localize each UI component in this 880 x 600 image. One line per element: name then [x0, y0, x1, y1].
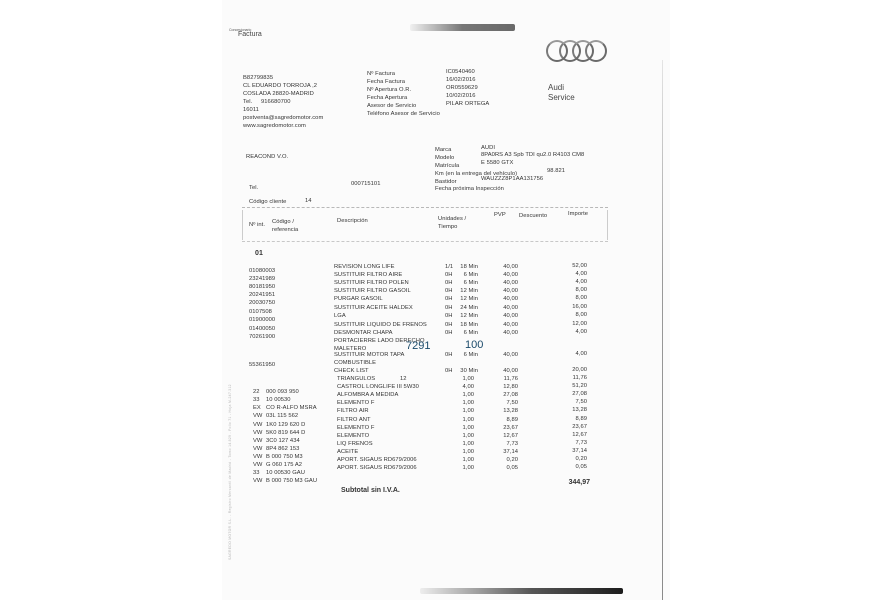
item-description: CHECK LIST	[334, 367, 369, 375]
item-amount: 4,00	[565, 350, 587, 358]
item-description: LGA	[334, 312, 346, 320]
item-price: 0,05	[498, 464, 518, 472]
item-description: SUSTITUIR ACEITE HALDEX	[334, 304, 413, 312]
item-quantity: 6 Min	[456, 271, 478, 279]
table-row: 55361950SUSTITUIR MOTOR TAPA0H6 Min40,00…	[0, 351, 880, 359]
item-amount: 12,67	[565, 431, 587, 439]
item-unit: 0H	[445, 367, 453, 375]
item-price: 40,00	[498, 312, 518, 320]
item-price: 40,00	[498, 367, 518, 375]
item-quantity: 6 Min	[456, 279, 478, 287]
brand-line1: Audi	[548, 83, 575, 93]
vehicle-value: WAUZZZ8P1AA131756	[481, 175, 543, 183]
item-price: 37,14	[498, 448, 518, 456]
item-unit: 0H	[445, 287, 453, 295]
item-quantity: 12 Min	[456, 312, 478, 320]
item-price: 40,00	[498, 329, 518, 337]
item-description: SUSTITUIR MOTOR TAPA	[334, 351, 404, 359]
col-header-amount: Importe	[568, 210, 588, 218]
item-price: 40,00	[498, 321, 518, 329]
item-unit: 0H	[445, 295, 453, 303]
item-amount: 4,00	[565, 278, 587, 286]
item-amount: 4,00	[565, 328, 587, 336]
item-price: 11,76	[498, 375, 518, 383]
table-row: 70261900DESMONTAR CHAPA0H6 Min40,004,00	[0, 329, 880, 337]
item-quantity: 1,00	[460, 416, 474, 424]
table-row: 22000 093 950CASTROL LONGLIFE III 5W304,…	[0, 383, 880, 391]
item-code: B 000 750 M3 GAU	[266, 477, 317, 485]
item-price: 40,00	[498, 271, 518, 279]
item-price: 7,50	[498, 399, 518, 407]
item-amount: 4,00	[565, 270, 587, 278]
item-quantity: 18 Min	[456, 321, 478, 329]
table-row: 3310 00530ALFOMBRA A MEDIDA1,0027,0827,0…	[0, 391, 880, 399]
item-description: SUSTITUIR FILTRO GASOIL	[334, 287, 411, 295]
item-description: FILTRO ANT	[337, 416, 371, 424]
item-description: ELEMENTO	[337, 432, 369, 440]
item-amount: 0,20	[565, 455, 587, 463]
item-quantity: 18 Min	[456, 263, 478, 271]
item-amount: 51,20	[565, 382, 587, 390]
vehicle-label: Modelo	[435, 154, 454, 162]
item-amount: 0,05	[565, 463, 587, 471]
invoice-info-value: OR0559629	[446, 84, 478, 92]
table-row: VW03L 115 562FILTRO AIR1,0013,2813,28	[0, 407, 880, 415]
table-row: 01900000LGA0H12 Min40,008,00	[0, 312, 880, 320]
scan-artifact-top	[410, 24, 515, 31]
table-row: VW3C0 127 434ELEMENTO1,0012,6712,67	[0, 432, 880, 440]
table-row: COMBUSTIBLE	[0, 359, 880, 367]
item-amount: 23,67	[565, 423, 587, 431]
vehicle-label: Marca	[435, 146, 451, 154]
item-quantity: 12 Min	[456, 295, 478, 303]
item-amount: 37,14	[565, 447, 587, 455]
table-row: 20241951SUSTITUIR FILTRO GASOIL0H12 Min4…	[0, 287, 880, 295]
vehicle-label: Fecha próxima Inspección	[435, 185, 504, 193]
item-description: SUSTITUIR FILTRO POLEN	[334, 279, 409, 287]
item-unit: 0H	[445, 312, 453, 320]
invoice-info-label: Fecha Apertura	[367, 94, 407, 102]
item-price: 40,00	[498, 279, 518, 287]
dealer-address: CL EDUARDO TORROJA ,2	[243, 82, 317, 90]
invoice-info-label: Asesor de Servicio	[367, 102, 416, 110]
item-description: DESMONTAR CHAPA	[334, 329, 393, 337]
subtotal-label: Subtotal sin I.V.A.	[341, 487, 400, 494]
item-amount: 8,00	[565, 294, 587, 302]
col-header-num: Nº int.	[249, 221, 265, 229]
table-row: 3310 00530 GAUAPORT. SIGAUS RD679/20061,…	[0, 464, 880, 472]
item-quantity: 1,00	[460, 375, 474, 383]
dealer-code: 16011	[243, 106, 259, 114]
col-header-units: Unidades / Tiempo	[438, 215, 472, 231]
brand-line2: Service	[548, 93, 575, 103]
item-description: ELEMENTO F	[337, 424, 374, 432]
invoice-info-value: 16/02/2016	[446, 76, 476, 84]
invoice-info-label: Nº Factura	[367, 70, 395, 78]
item-amount: 7,50	[565, 398, 587, 406]
dealer-cif: B82799835	[243, 74, 273, 82]
vehicle-value: 98.821	[547, 167, 565, 175]
item-amount: 13,28	[565, 406, 587, 414]
item-amount: 8,00	[565, 311, 587, 319]
item-description: APORT. SIGAUS RD679/2006	[337, 464, 417, 472]
item-unit: 0H	[445, 279, 453, 287]
invoice-info-value: PILAR ORTEGA	[446, 100, 489, 108]
item-description: APORT. SIGAUS RD679/2006	[337, 456, 417, 464]
table-row: CHECK LIST0H30 Min40,0020,00	[0, 367, 880, 375]
item-quantity: 1,00	[460, 391, 474, 399]
col-header-desc: Descripción	[337, 217, 368, 225]
invoice-info-label: Teléfono Asesor de Servicio	[367, 110, 440, 118]
table-row: PORTACIERRE LADO DERECHO	[0, 337, 880, 345]
scan-artifact-bottom	[420, 588, 623, 594]
item-description: LIQ FRENOS	[337, 440, 373, 448]
dealer-tel-label: Tel.	[243, 98, 252, 106]
item-amount: 7,73	[565, 439, 587, 447]
item-description: TRIANGULOS	[337, 375, 375, 383]
item-amount: 27,08	[565, 390, 587, 398]
item-amount: 20,00	[565, 366, 587, 374]
item-quantity: 1,00	[460, 464, 474, 472]
table-row: EXCO R-ALFO MSRAELEMENTO F1,007,507,50	[0, 399, 880, 407]
invoice-info-label: Fecha Factura	[367, 78, 405, 86]
item-price: 12,80	[498, 383, 518, 391]
item-price: 40,00	[498, 295, 518, 303]
item-description: ACEITE	[337, 448, 358, 456]
table-row: VWB 000 750 M3 GAU	[0, 472, 880, 480]
table-row: VWG 060 175 A2APORT. SIGAUS RD679/20061,…	[0, 456, 880, 464]
col-header-pvp: PVP	[494, 211, 506, 219]
item-amount: 16,00	[565, 303, 587, 311]
item-quantity: 30 Min	[456, 367, 478, 375]
item-unit: 0H	[445, 304, 453, 312]
item-description: CASTROL LONGLIFE III 5W30	[337, 383, 419, 391]
item-price: 40,00	[498, 287, 518, 295]
invoice-info-label: Nº Apertura O.R.	[367, 86, 411, 94]
item-quantity: 1,00	[460, 432, 474, 440]
item-amount: 8,00	[565, 286, 587, 294]
section-label: 01	[255, 250, 263, 258]
item-description: COMBUSTIBLE	[334, 359, 376, 367]
item-price: 40,00	[498, 304, 518, 312]
invoice-info-value: IC0540460	[446, 68, 475, 76]
item-price: 40,00	[498, 351, 518, 359]
item-description: ELEMENTO F	[337, 399, 374, 407]
item-quantity: 1,00	[460, 424, 474, 432]
item-unit: 1/1	[445, 263, 453, 271]
vehicle-value: 8PA0RS A3 Spb TDI qu2.0 R4103 CM8	[481, 151, 584, 159]
table-row: VW1K0 129 620 DFILTRO ANT1,008,898,89	[0, 416, 880, 424]
dealer-tel: 916680700	[261, 98, 290, 106]
item-amount: 8,89	[565, 415, 587, 423]
item-unit: 0H	[445, 271, 453, 279]
item-quantity: 6 Min	[456, 329, 478, 337]
vehicle-value: E 5580 GTX	[481, 159, 513, 167]
table-row: 01080003REVISION LONG LIFE1/118 Min40,00…	[0, 263, 880, 271]
dealer-email: postventa@sagredomotor.com	[243, 114, 323, 122]
item-quantity: 1,00	[460, 456, 474, 464]
client-code-label: Código cliente	[249, 198, 286, 206]
item-amount: 11,76	[565, 374, 587, 382]
vehicle-label: Matrícula	[435, 162, 459, 170]
table-row: TRIANGULOS121,0011,7611,76	[0, 375, 880, 383]
item-price: 27,08	[498, 391, 518, 399]
item-description: REVISION LONG LIFE	[334, 263, 395, 271]
table-row: VWB 000 750 M3ACEITE1,0037,1437,14	[0, 448, 880, 456]
customer-name: REACOND V.O.	[246, 153, 288, 161]
item-extra: 12	[400, 375, 407, 383]
col-header-code: Código / referencia	[272, 218, 306, 234]
item-amount: 52,00	[565, 262, 587, 270]
item-price: 12,67	[498, 432, 518, 440]
audi-rings-icon	[546, 40, 608, 64]
item-unit: 0H	[445, 351, 453, 359]
overlay-number: 7291	[406, 340, 430, 352]
table-row: VW8P4 862 153LIQ FRENOS1,007,737,73	[0, 440, 880, 448]
doc-title: Factura	[238, 31, 262, 38]
item-price: 40,00	[498, 263, 518, 271]
table-row: 01400050SUSTITUIR LIQUIDO DE FRENOS0H18 …	[0, 321, 880, 329]
item-price: 8,89	[498, 416, 518, 424]
item-price: 13,28	[498, 407, 518, 415]
dealer-web: www.sagredomotor.com	[243, 122, 306, 130]
table-row: 0107508SUSTITUIR ACEITE HALDEX0H24 Min40…	[0, 304, 880, 312]
item-quantity: 24 Min	[456, 304, 478, 312]
item-quantity: 1,00	[460, 399, 474, 407]
item-description: PURGAR GASOIL	[334, 295, 383, 303]
item-quantity: 12 Min	[456, 287, 478, 295]
subtotal-value: 344,97	[565, 479, 590, 486]
item-quantity: 6 Min	[456, 351, 478, 359]
item-price: 7,73	[498, 440, 518, 448]
table-row: 80181950SUSTITUIR FILTRO POLEN0H6 Min40,…	[0, 279, 880, 287]
item-price: 23,67	[498, 424, 518, 432]
item-quantity: 1,00	[460, 448, 474, 456]
item-quantity: 4,00	[460, 383, 474, 391]
item-unit: 0H	[445, 329, 453, 337]
overlay-number: 100	[465, 339, 483, 351]
item-price: 0,20	[498, 456, 518, 464]
table-row: 23241989SUSTITUIR FILTRO AIRE0H6 Min40,0…	[0, 271, 880, 279]
item-amount: 12,00	[565, 320, 587, 328]
client-code: 14	[305, 197, 312, 205]
col-header-discount: Descuento	[519, 212, 547, 220]
dealer-city: COSLADA 28820-MADRID	[243, 90, 314, 98]
table-row: 20030750PURGAR GASOIL0H12 Min40,008,00	[0, 295, 880, 303]
item-quantity: 1,00	[460, 407, 474, 415]
item-description: FILTRO AIR	[337, 407, 369, 415]
item-description: SUSTITUIR FILTRO AIRE	[334, 271, 402, 279]
item-description: SUSTITUIR LIQUIDO DE FRENOS	[334, 321, 427, 329]
item-description: ALFOMBRA A MEDIDA	[337, 391, 398, 399]
item-prefix: VW	[253, 477, 262, 485]
customer-tel: 000715101	[351, 180, 380, 188]
table-row: VW5K0 819 644 DELEMENTO F1,0023,6723,67	[0, 424, 880, 432]
customer-tel-label: Tel.	[249, 184, 258, 192]
item-unit: 0H	[445, 321, 453, 329]
invoice-info-value: 10/02/2016	[446, 92, 476, 100]
brand-name: Audi Service	[548, 83, 575, 103]
item-quantity: 1,00	[460, 440, 474, 448]
